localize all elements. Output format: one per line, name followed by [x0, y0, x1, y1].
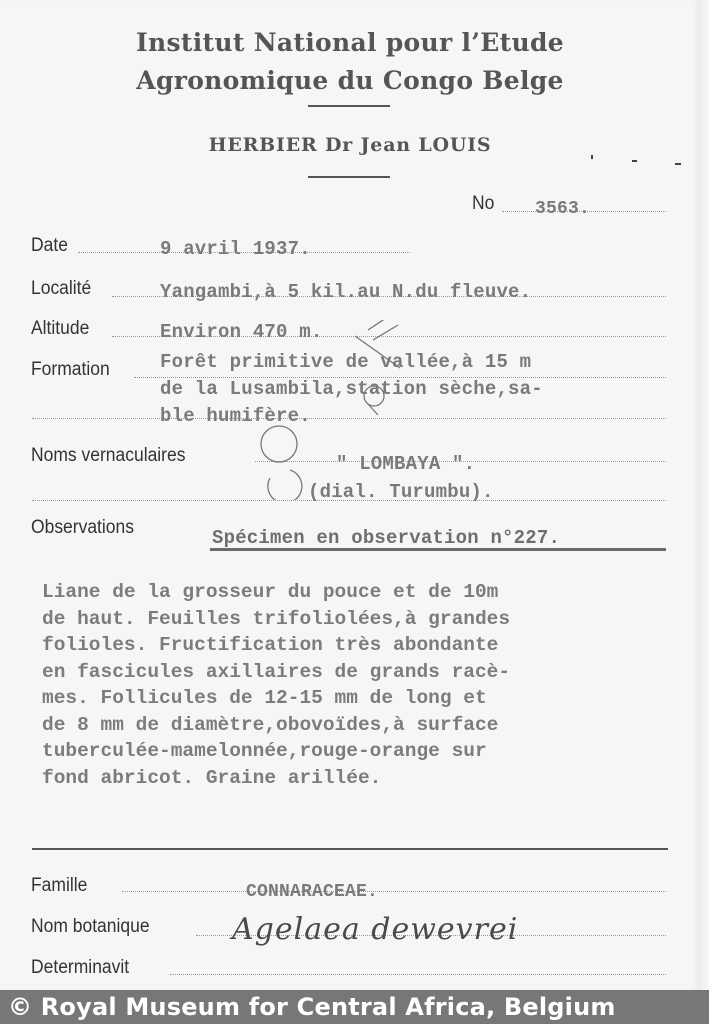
- date-value: 9 avril 1937.: [160, 238, 311, 260]
- paper-speck: [675, 163, 681, 165]
- copyright-banner: © Royal Museum for Central Africa, Belgi…: [0, 990, 709, 1024]
- institution-title-line2: Agronomique du Congo Belge: [0, 66, 700, 95]
- header-divider: [308, 105, 390, 107]
- paper-speck: [591, 155, 593, 159]
- family-dotted-line: [122, 891, 666, 892]
- header-divider: [308, 176, 390, 178]
- observations-underline: [210, 548, 666, 551]
- observations-value: Spécimen en observation n°227.: [212, 527, 560, 549]
- observations-description: Liane de la grosseur du pouce et de 10m …: [42, 579, 682, 791]
- herbarium-title: HERBIER Dr Jean LOUIS: [0, 134, 700, 156]
- determinavit-label: Determinavit: [31, 957, 129, 979]
- number-label: No: [472, 193, 494, 215]
- family-label: Famille: [31, 875, 87, 897]
- formation-label: Formation: [31, 359, 110, 381]
- institution-title-line1: Institut National pour l’Etude: [0, 28, 700, 57]
- altitude-label: Altitude: [31, 318, 89, 340]
- section-divider: [32, 848, 668, 850]
- family-value: CONNARACEAE.: [246, 882, 378, 902]
- locality-label: Localité: [31, 278, 91, 300]
- number-value: 3563.: [535, 199, 590, 219]
- locality-value: Yangambi,à 5 kil.au N.du fleuve.: [160, 281, 531, 303]
- vernacular-names-label: Noms vernaculaires: [31, 445, 185, 467]
- observations-label: Observations: [31, 517, 134, 539]
- paper-speck: [632, 160, 637, 162]
- date-label: Date: [31, 235, 68, 257]
- botanical-name-handwritten: Agelaea dewevrei: [232, 912, 518, 947]
- pencil-annotation-marks: [250, 320, 410, 500]
- botanical-name-label: Nom botanique: [31, 916, 150, 938]
- determinavit-dotted-line: [170, 974, 666, 975]
